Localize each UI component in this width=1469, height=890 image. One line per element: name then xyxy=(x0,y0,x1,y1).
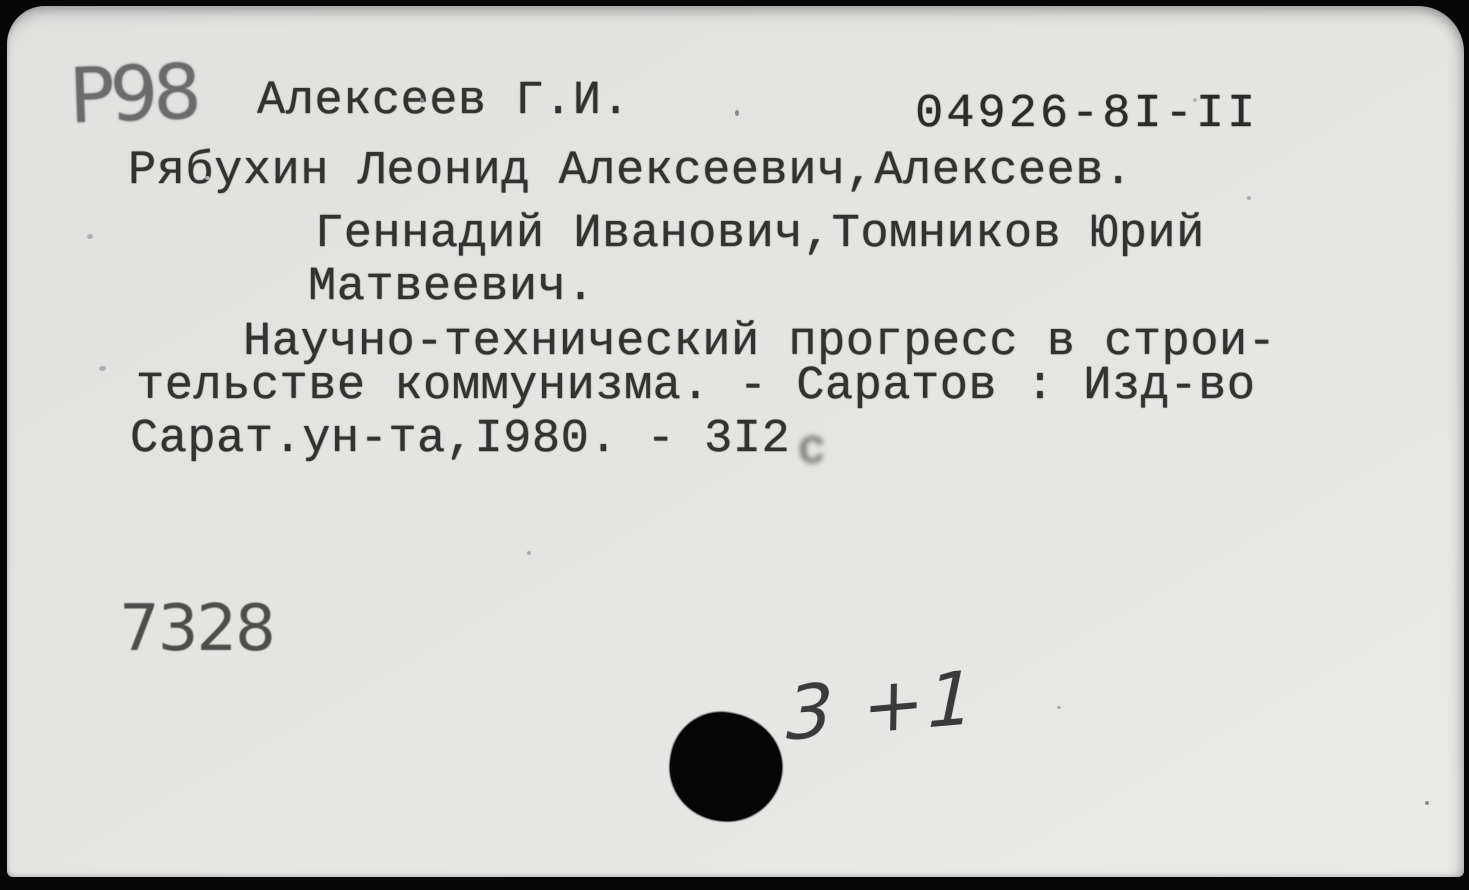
paper-speck xyxy=(1425,801,1429,805)
paper-speck xyxy=(420,98,424,103)
bibliographic-line: Матвеевич. xyxy=(308,263,595,313)
bibliographic-line: тельстве коммунизма. - Саратов : Изд-во xyxy=(136,362,1255,412)
paper-speck xyxy=(1193,98,1197,102)
paper-speck xyxy=(1057,706,1061,709)
handwritten-annotation: 3 +1 xyxy=(786,657,978,754)
paper-speck xyxy=(1247,196,1251,200)
ink-blot xyxy=(663,706,789,829)
bibliographic-line: Рябухин Леонид Алексеевич,Алексеев. xyxy=(128,147,1133,197)
classification-mark: Р98 xyxy=(68,52,198,136)
catalog-number: 04926-8I-II xyxy=(915,90,1258,140)
author-heading: Алексеев Г.И. xyxy=(257,77,630,127)
paper-speck xyxy=(205,176,210,180)
smudge-mark: с xyxy=(798,426,827,476)
catalog-card: Р98 Алексеев Г.И. 04926-8I-II Рябухин Ле… xyxy=(7,6,1464,877)
paper-speck xyxy=(735,110,739,116)
scan-background: Р98 Алексеев Г.И. 04926-8I-II Рябухин Ле… xyxy=(0,0,1469,890)
paper-speck xyxy=(87,234,93,239)
paper-speck xyxy=(527,551,531,555)
accession-number: 7328 xyxy=(119,594,274,664)
bibliographic-line: Геннадий Иванович,Томников Юрий xyxy=(315,210,1205,260)
bibliographic-line: Сарат.ун-та,I980. - 3I2 xyxy=(130,415,790,465)
paper-speck xyxy=(99,366,106,371)
